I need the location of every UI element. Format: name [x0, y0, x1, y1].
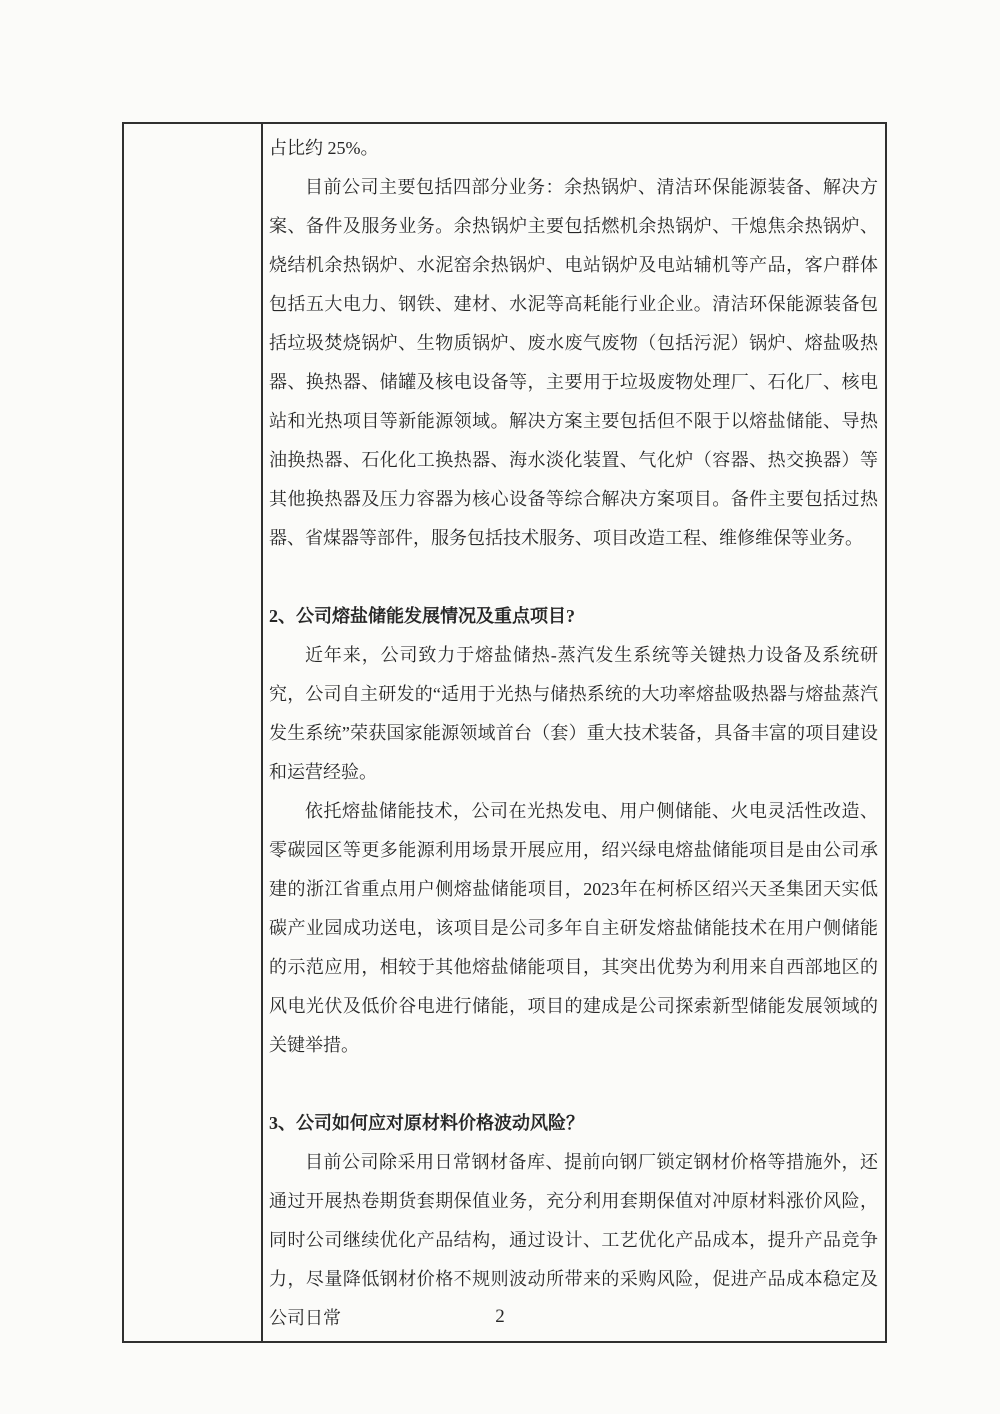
question-2-answer-paragraph-2: 依托熔盐储能技术，公司在光热发电、用户侧储能、火电灵活性改造、零碳园区等更多能源… — [269, 792, 878, 1065]
table-content-cell: 占比约 25%。 目前公司主要包括四部分业务：余热锅炉、清洁环保能源装备、解决方… — [263, 124, 885, 1341]
page-number: 2 — [0, 1305, 1000, 1329]
question-3-heading: 3、公司如何应对原材料价格波动风险？ — [269, 1104, 878, 1143]
question-2-heading: 2、公司熔盐储能发展情况及重点项目? — [269, 597, 878, 636]
qa-table: 占比约 25%。 目前公司主要包括四部分业务：余热锅炉、清洁环保能源装备、解决方… — [122, 122, 887, 1343]
table-left-label-cell — [124, 124, 263, 1341]
question-2-answer-paragraph-1: 近年来，公司致力于熔盐储热-蒸汽发生系统等关键热力设备及系统研究，公司自主研发的… — [269, 636, 878, 792]
continuation-text: 占比约 25%。 — [269, 129, 878, 168]
business-overview-paragraph: 目前公司主要包括四部分业务：余热锅炉、清洁环保能源装备、解决方案、备件及服务业务… — [269, 168, 878, 558]
